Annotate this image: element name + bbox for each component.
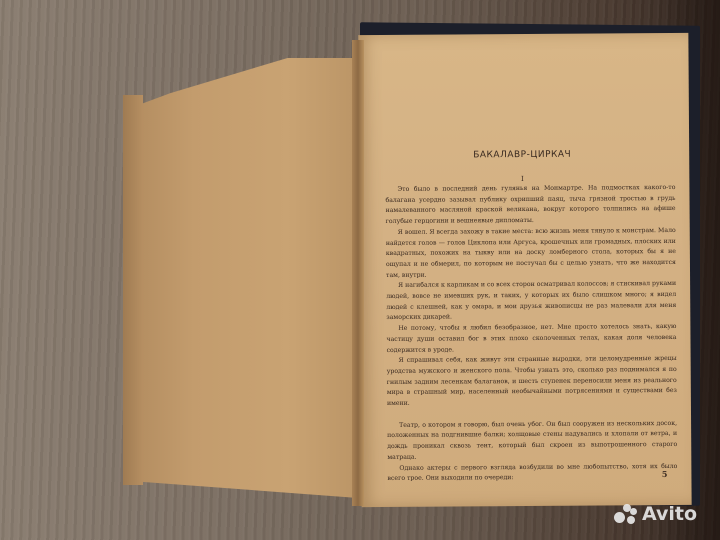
avito-label: Avito [642, 503, 697, 525]
left-page-blank [123, 58, 358, 498]
avito-watermark: Avito [614, 503, 697, 525]
avito-logo-icon [614, 504, 638, 524]
paragraph: Я вошел. Я всегда захожу в такие места: … [386, 226, 676, 282]
paragraph: Я нагибался к карликам и со всех сторон … [386, 279, 676, 324]
page-number: 5 [662, 469, 668, 479]
paragraph: Театр, о котором я говорю, был очень убо… [387, 419, 677, 464]
paragraph: Я спрашивал себя, как живут эти странные… [387, 354, 677, 410]
page-text-block: БАКАЛАВР-ЦИРКАЧ I Это было в последний д… [376, 33, 669, 507]
body-text: Это было в последний день гулянья на Мон… [385, 183, 677, 485]
paragraph: Не потому, чтобы я любил безобразное, не… [386, 322, 676, 356]
chapter-title: БАКАЛАВР-ЦИРКАЧ [377, 149, 667, 161]
paragraph: Однако актеры с первого взгляда возбудил… [387, 462, 677, 485]
left-page-fold [123, 95, 143, 485]
right-page: БАКАЛАВР-ЦИРКАЧ I Это было в последний д… [358, 33, 691, 507]
paragraph: Это было в последний день гулянья на Мон… [385, 183, 675, 228]
book-gutter [352, 40, 364, 506]
